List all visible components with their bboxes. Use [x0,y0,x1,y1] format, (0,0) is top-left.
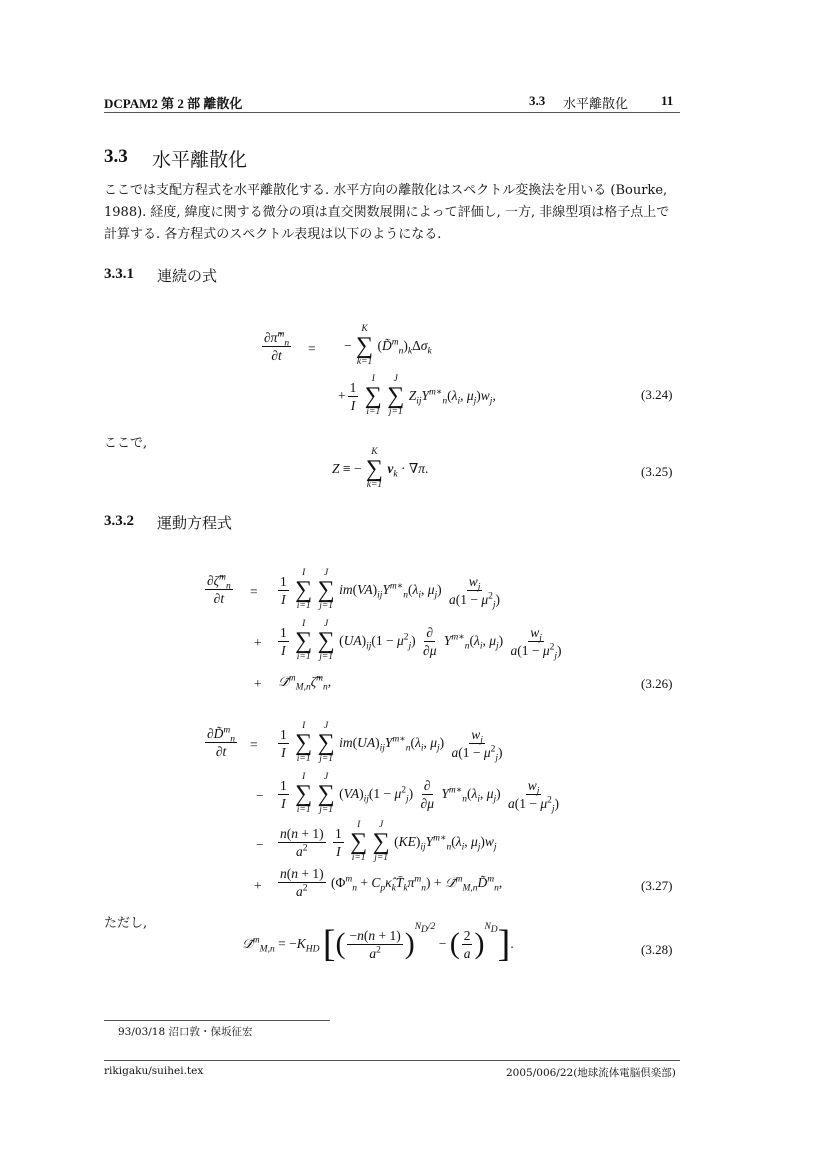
subsection-number: 3.3.2 [104,513,134,530]
equation-3-27-line-2: 1I I∑i=1 J∑j=1 (VA)ij(1 − μ2j) ∂∂μ Ym∗n(… [276,772,563,816]
intro-paragraph-line-3: 計算する. 各方程式のスペクトル表現は以下のようになる. [104,224,441,246]
equation-3-27-line-1: 1I I∑i=1 J∑j=1 im(UA)ijYm∗n(λi, μj) wja(… [276,721,507,765]
equation-number-3-28: (3.28) [641,942,672,958]
equation-3-27-line-4: n(n + 1)a2 (Φmn + Cpκ̂kT̄kπmn) + 𝒟̃mM,nD… [276,866,502,899]
header-rule [104,112,680,113]
running-header-section-number: 3.3 [529,93,545,109]
footnote-text: 93/03/18 沼口敦・保坂征宏 [118,1024,253,1039]
footer-left: rikigaku/suihei.tex [104,1065,203,1077]
equation-3-26-op-2: + [254,635,262,651]
footer-rule [104,1060,680,1061]
equation-3-27-op-4: + [254,878,262,894]
equation-3-27-line-3: n(n + 1)a2 1I I∑i=1 J∑j=1 (KE)ijYm∗n(λi,… [276,820,497,864]
equation-3-25: Z ≡ − K∑k=1 vk · ∇π. [332,447,428,491]
equation-3-24-line-2: +1I I∑i=1 J∑j=1 ZijYm∗n(λi, μj)wj, [338,374,496,418]
equation-number-3-27: (3.27) [641,878,672,894]
subsection-title: 連続の式 [157,265,217,286]
equation-3-26-line-1: 1I I∑i=1 J∑j=1 im(VA)ijYm∗n(λi, μj) wja(… [276,568,504,612]
subsection-number: 3.3.1 [104,266,134,283]
equation-3-27-op-3: − [256,837,264,853]
section-number: 3.3 [104,146,128,168]
equation-number-3-26: (3.26) [641,676,672,692]
section-title: 水平離散化 [152,145,247,172]
subsection-title: 運動方程式 [157,512,232,533]
equation-3-26-lhs: ∂ζ̃mn ∂t [203,573,235,606]
equation-3-24-equals: = [308,341,316,357]
footnote-rule [104,1020,330,1021]
equation-number-3-24: (3.24) [641,387,672,403]
equation-3-27-lhs: ∂D̃mn ∂t [203,726,239,759]
footer-right: 2005/006/22(地球流体電脳倶楽部) [506,1065,676,1080]
page-number: 11 [661,93,673,109]
where-text: ここで, [104,433,147,455]
intro-paragraph-line-2: 1988). 経度, 緯度に関する微分の項は直交関数展開によって評価し, 一方,… [104,202,669,224]
equation-3-28: 𝒟̃mM,n = −KHD [(−n(n + 1)a2)ND/2 − (2a)N… [242,922,514,966]
equation-3-26-line-3: 𝒟̃mM,nζ̃mn, [278,674,331,690]
equation-3-26-equals: = [250,584,258,600]
equation-3-26-op-3: + [254,676,262,692]
equation-3-27-equals: = [250,737,258,753]
equation-3-27-op-2: − [256,788,264,804]
equation-number-3-25: (3.25) [641,464,672,480]
running-header-left: DCPAM2 第 2 部 離散化 [104,93,242,112]
equation-3-24-lhs: ∂π̃mn ∂t [260,330,293,363]
intro-paragraph-line-1: ここでは支配方程式を水平離散化する. 水平方向の離散化はスペクトル変換法を用いる… [104,180,667,202]
equation-3-24-line-1: − K∑k=1 (D̃mn)kΔσk [344,324,432,368]
however-text: ただし, [104,913,147,935]
equation-3-26-line-2: 1I I∑i=1 J∑j=1 (UA)ij(1 − μ2j) ∂∂μ Ym∗n(… [276,619,566,663]
running-header-section-title: 水平離散化 [563,93,628,112]
